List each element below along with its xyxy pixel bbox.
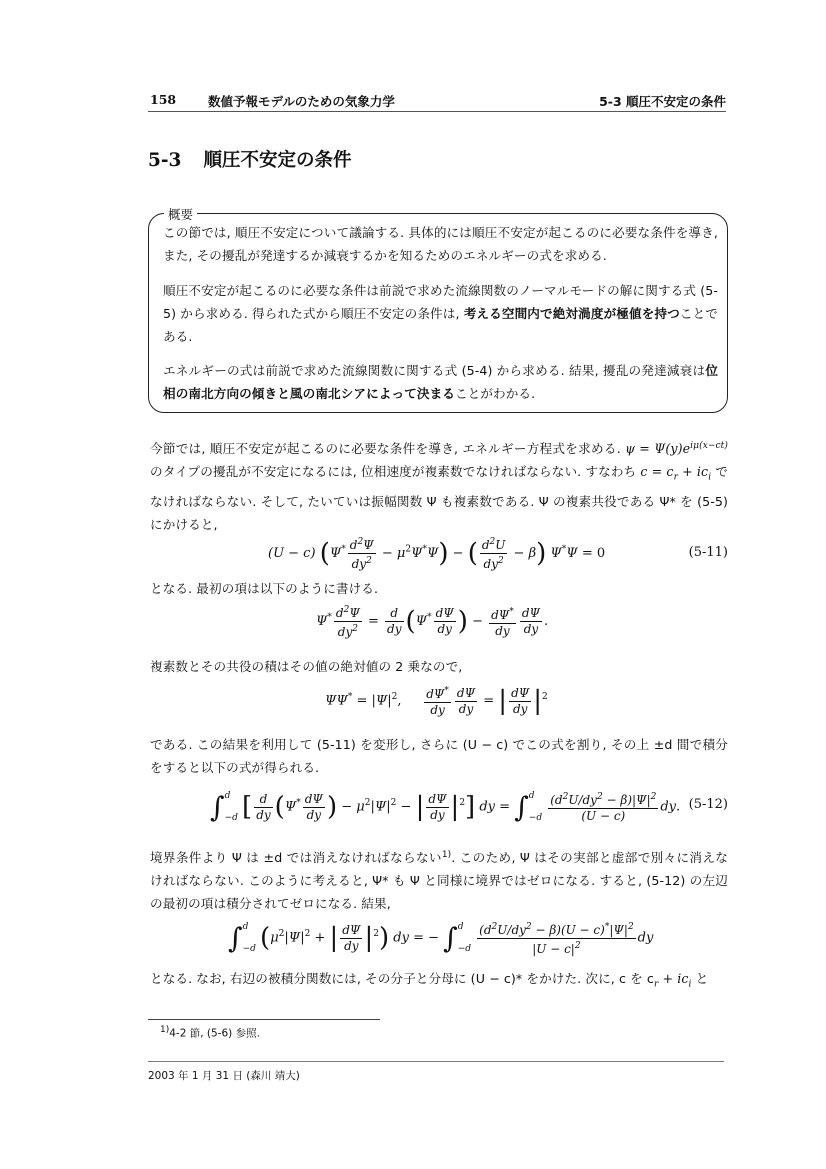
section-title: 5-3順圧不安定の条件 [148,146,351,172]
body-p1-text-b: のタイプの擾乱が不安定になるには, 位相速度が複素数でなければならない. すなわ… [150,464,640,479]
math-c-definition: c = c [640,464,673,479]
page-number: 158 [150,92,176,107]
math-exponent: iμ(x−ct) [690,441,728,451]
equation-energy-result: ∫d−d (μ2|Ψ|2 + |dΨdy|2) dy = − ∫d−d (d2U… [228,916,653,960]
header-rule [148,111,726,112]
body-p2-text: となる. 最初の項は以下のように書ける. [150,581,378,596]
footnote-text: 4-2 節, (5-6) 参照. [169,1028,260,1040]
equation-number-5-11: (5-11) [689,545,728,560]
equation-number-5-12: (5-12) [689,797,728,812]
body-paragraph-2: となる. 最初の項は以下のように書ける. [150,577,728,600]
footnote: 1)4-2 節, (5-6) 参照. [160,1025,260,1041]
footer-date-author: 2003 年 1 月 31 日 (森川 靖大) [148,1068,300,1083]
abstract-p3-prefix: は [693,363,706,378]
abstract-p1-text: この節では, 順圧不安定について議論する. 具体的には順圧不安定が起こるのに必要… [163,225,718,263]
book-title: 数値予報モデルのための気象力学 [208,92,395,110]
body-paragraph-6: となる. なお, 右辺の被積分関数には, その分子と分母に (U − c)* を… [150,967,728,997]
body-paragraph-3: 複素数とその共役の積はその値の絶対値の 2 乗なので, [150,655,728,678]
abstract-p3-text: エネルギーの式は前説で求めた流線関数に関する式 (5-4) から求める. 結果,… [163,363,693,378]
footnote-reference[interactable]: 1) [442,850,451,860]
body-paragraph-4: である. この結果を利用して (5-11) を変形し, さらに (U − c) … [150,733,728,779]
equation-5-12: ∫d−d [ddy(Ψ*dΨdy) − μ2|Ψ|2 − |dΨdy|2] dy… [210,785,680,829]
section-number: 5-3 [148,150,181,171]
abstract-paragraph-2: 順圧不安定が起こるのに必要な条件は前説で求めた流線関数のノーマルモードの解に関す… [163,279,718,348]
abstract-p2-bold: 考える空間内で絶対渦度が極値を持つ [464,306,680,321]
body-p4-text: である. この結果を利用して (5-11) を変形し, さらに (U − c) … [150,737,728,775]
body-p1-text-a: 今節では, 順圧不安定が起こるのに必要な条件を導き, エネルギー方程式を求める. [150,441,625,456]
body-paragraph-1: 今節では, 順圧不安定が起こるのに必要な条件を導き, エネルギー方程式を求める.… [150,435,728,536]
body-p5-text-a: 境界条件より Ψ は ±d では消えなければならない [150,850,442,865]
equation-first-term: Ψ*d2Ψdy2 = ddy(Ψ*dΨdy) − dΨ*dydΨdy. [316,603,548,640]
abstract-paragraph-3: エネルギーの式は前説で求めた流線関数に関する式 (5-4) から求める. 結果,… [163,359,718,405]
body-paragraph-5: 境界条件より Ψ は ±d では消えなければならない1). このため, Ψ はそ… [150,844,728,915]
math-psi-definition: ψ = Ψ(y)e [625,441,690,456]
equation-5-11: (U − c) (Ψ*d2Ψdy2 − μ2Ψ*Ψ) − (d2Udy2 − β… [268,535,605,572]
math-sub-i: i [708,473,711,483]
abstract-paragraph-1: この節では, 順圧不安定について議論する. 具体的には順圧不安定が起こるのに必要… [163,221,718,267]
running-section-title: 5-3 順圧不安定の条件 [599,92,726,110]
footnote-rule [148,1019,380,1020]
abstract-p3-end: ことがわかる. [455,386,535,401]
body-p3-text: 複素数とその共役の積はその値の絶対値の 2 乗なので, [150,659,462,674]
math-c-imag: + ic [658,971,688,986]
section-title-text: 順圧不安定の条件 [203,150,351,171]
footnote-marker: 1) [160,1025,169,1035]
equation-absolute-value: ΨΨ* = |Ψ|2, dΨ*dydΨdy = |dΨdy|2 [325,684,548,718]
body-p6-text: となる. なお, 右辺の被積分関数には, その分子と分母に (U − c)* を… [150,971,654,986]
footer-rule [148,1061,724,1062]
body-p6-end: と [691,971,708,986]
math-c-imag: + ic [678,464,708,479]
